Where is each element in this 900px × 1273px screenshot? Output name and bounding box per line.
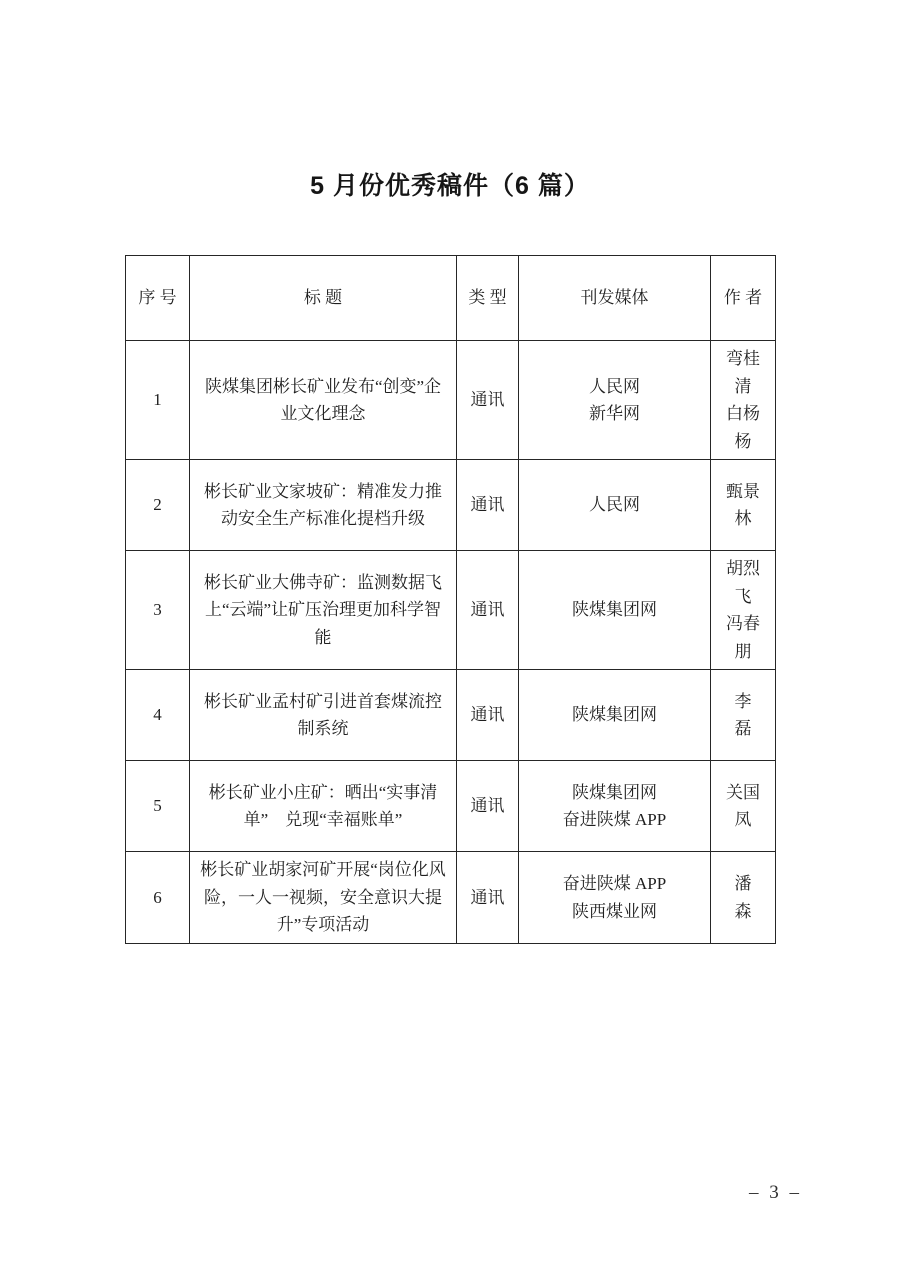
cell-type: 通讯 (457, 460, 519, 551)
cell-author: 潘 森 (711, 852, 776, 944)
cell-type: 通讯 (457, 852, 519, 944)
column-header-no: 序 号 (126, 256, 190, 341)
cell-media: 陕煤集团网 (519, 551, 711, 670)
cell-media: 陕煤集团网 (519, 670, 711, 761)
cell-media: 人民网 (519, 460, 711, 551)
cell-no: 4 (126, 670, 190, 761)
cell-title: 彬长矿业文家坡矿：精准发力推动安全生产标准化提档升级 (190, 460, 457, 551)
cell-title: 彬长矿业孟村矿引进首套煤流控制系统 (190, 670, 457, 761)
column-header-author: 作 者 (711, 256, 776, 341)
cell-author: 弯桂清 白杨杨 (711, 341, 776, 460)
cell-media: 人民网 新华网 (519, 341, 711, 460)
page-number: – 3 – (749, 1182, 802, 1204)
cell-title: 彬长矿业胡家河矿开展“岗位化风险，一人一视频，安全意识大提升”专项活动 (190, 852, 457, 944)
cell-no: 1 (126, 341, 190, 460)
cell-media: 陕煤集团网 奋进陕煤 APP (519, 761, 711, 852)
table-row: 4 彬长矿业孟村矿引进首套煤流控制系统 通讯 陕煤集团网 李 磊 (126, 670, 776, 761)
cell-no: 3 (126, 551, 190, 670)
cell-title: 陕煤集团彬长矿业发布“创变”企业文化理念 (190, 341, 457, 460)
table-row: 5 彬长矿业小庄矿：晒出“实事清单” 兑现“幸福账单” 通讯 陕煤集团网 奋进陕… (126, 761, 776, 852)
document-page: 5 月份优秀稿件（6 篇） 序 号 标 题 类 型 刊发媒体 作 者 1 陕煤集… (0, 0, 900, 1273)
table-row: 3 彬长矿业大佛寺矿：监测数据飞上“云端”让矿压治理更加科学智能 通讯 陕煤集团… (126, 551, 776, 670)
cell-author: 甄景林 (711, 460, 776, 551)
table-row: 1 陕煤集团彬长矿业发布“创变”企业文化理念 通讯 人民网 新华网 弯桂清 白杨… (126, 341, 776, 460)
cell-media: 奋进陕煤 APP 陕西煤业网 (519, 852, 711, 944)
table-header-row: 序 号 标 题 类 型 刊发媒体 作 者 (126, 256, 776, 341)
cell-type: 通讯 (457, 341, 519, 460)
column-header-type: 类 型 (457, 256, 519, 341)
column-header-media: 刊发媒体 (519, 256, 711, 341)
cell-type: 通讯 (457, 761, 519, 852)
cell-no: 5 (126, 761, 190, 852)
cell-title: 彬长矿业大佛寺矿：监测数据飞上“云端”让矿压治理更加科学智能 (190, 551, 457, 670)
cell-no: 2 (126, 460, 190, 551)
cell-type: 通讯 (457, 551, 519, 670)
cell-type: 通讯 (457, 670, 519, 761)
cell-no: 6 (126, 852, 190, 944)
cell-title: 彬长矿业小庄矿：晒出“实事清单” 兑现“幸福账单” (190, 761, 457, 852)
cell-author: 关国凤 (711, 761, 776, 852)
cell-author: 李 磊 (711, 670, 776, 761)
table-row: 6 彬长矿业胡家河矿开展“岗位化风险，一人一视频，安全意识大提升”专项活动 通讯… (126, 852, 776, 944)
column-header-title: 标 题 (190, 256, 457, 341)
table-row: 2 彬长矿业文家坡矿：精准发力推动安全生产标准化提档升级 通讯 人民网 甄景林 (126, 460, 776, 551)
cell-author: 胡烈飞 冯春朋 (711, 551, 776, 670)
document-title: 5 月份优秀稿件（6 篇） (0, 166, 900, 202)
manuscript-table: 序 号 标 题 类 型 刊发媒体 作 者 1 陕煤集团彬长矿业发布“创变”企业文… (125, 255, 776, 944)
